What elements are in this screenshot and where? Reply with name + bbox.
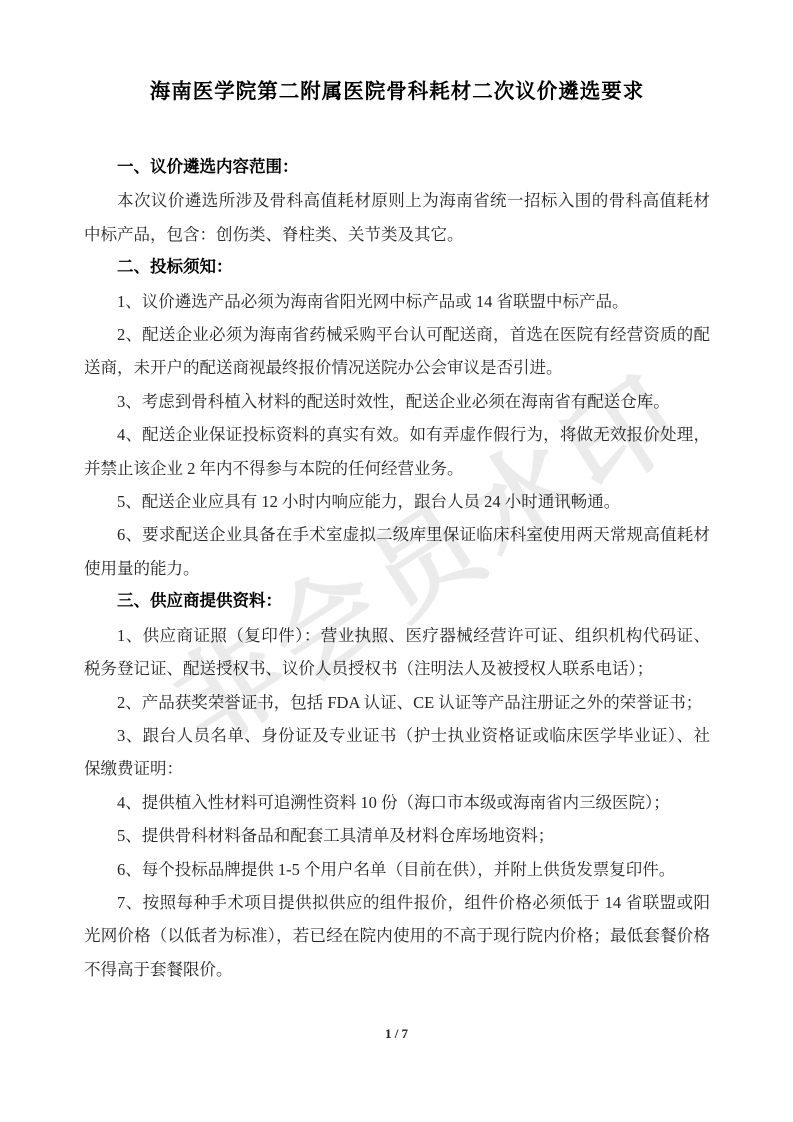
section-3-heading: 三、供应商提供资料： xyxy=(84,585,710,618)
document-title: 海南医学院第二附属医院骨科耗材二次议价遴选要求 xyxy=(84,76,710,108)
document-content: 海南医学院第二附属医院骨科耗材二次议价遴选要求 一、议价遴选内容范围： 本次议价… xyxy=(84,76,710,986)
section-1-paragraph-1: 本次议价遴选所涉及骨科高值耗材原则上为海南省统一招标入围的骨科高值耗材中标产品，… xyxy=(84,184,710,251)
section-2-item-2: 2、配送企业必须为海南省药械采购平台认可配送商，首选在医院有经营资质的配送商，未… xyxy=(84,318,710,385)
page-number: 1 / 7 xyxy=(0,1026,793,1042)
section-3-item-5: 5、提供骨科材料备品和配套工具清单及材料仓库场地资料； xyxy=(84,819,710,852)
section-2-heading: 二、投标须知： xyxy=(84,251,710,284)
section-3-item-1: 1、供应商证照（复印件）：营业执照、医疗器械经营许可证、组织机构代码证、税务登记… xyxy=(84,619,710,686)
section-3-item-2: 2、产品获奖荣誉证书，包括 FDA 认证、CE 认证等产品注册证之外的荣誉证书； xyxy=(84,686,710,719)
section-3-item-4: 4、提供植入性材料可追溯性资料 10 份（海口市本级或海南省内三级医院）； xyxy=(84,786,710,819)
section-3-item-3: 3、跟台人员名单、身份证及专业证书（护士执业资格证或临床医学毕业证）、社保缴费证… xyxy=(84,719,710,786)
section-3-item-7: 7、按照每种手术项目提供拟供应的组件报价，组件价格必须低于 14 省联盟或阳光网… xyxy=(84,886,710,986)
document-page: 非会员水印 海南医学院第二附属医院骨科耗材二次议价遴选要求 一、议价遴选内容范围… xyxy=(0,0,793,1122)
section-2-item-5: 5、配送企业应具有 12 小时内响应能力，跟台人员 24 小时通讯畅通。 xyxy=(84,485,710,518)
section-2-item-3: 3、考虑到骨科植入材料的配送时效性，配送企业必须在海南省有配送仓库。 xyxy=(84,385,710,418)
section-1-heading: 一、议价遴选内容范围： xyxy=(84,151,710,184)
section-3-item-6: 6、每个投标品牌提供 1-5 个用户名单（目前在供），并附上供货发票复印件。 xyxy=(84,853,710,886)
section-2-item-4: 4、配送企业保证投标资料的真实有效。如有弄虚作假行为，将做无效报价处理，并禁止该… xyxy=(84,418,710,485)
section-2-item-6: 6、要求配送企业具备在手术室虚拟二级库里保证临床科室使用两天常规高值耗材使用量的… xyxy=(84,518,710,585)
section-2-item-1: 1、议价遴选产品必须为海南省阳光网中标产品或 14 省联盟中标产品。 xyxy=(84,285,710,318)
